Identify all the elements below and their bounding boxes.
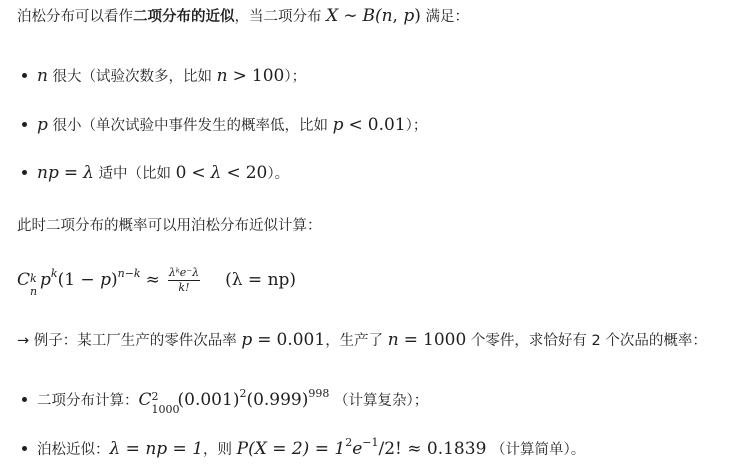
intro-middle: ，当二项分布	[235, 9, 327, 25]
math-p: p	[241, 330, 252, 350]
intro-math: X∼B(n, p)	[326, 6, 421, 26]
calc-item-binomial: 二项分布计算：C21000(0.001)2(0.999)998 （计算复杂）；	[17, 388, 428, 412]
calc-item-poisson: 泊松近似：λ = np = 1，则 P(X = 2) = 12e−1/2! ≈ …	[17, 437, 585, 461]
calc-math: P(X = 2) = 12e−1/2! ≈ 0.1839	[237, 439, 487, 459]
condition-text-end: ）；	[406, 118, 428, 134]
condition-item-p-small: p 很小（单次试验中事件发生的概率低，比如 p<0.01）；	[17, 113, 427, 137]
math-eq: =	[252, 330, 276, 350]
math-eq: =	[59, 163, 83, 183]
math-op: <	[344, 115, 368, 135]
poisson-formula: Cknpk(1 − p)n−k≈λᵏe⁻λk!(λ = np)	[17, 266, 296, 294]
condition-math-lead: np=λ	[37, 163, 94, 183]
math-cond: n	[217, 66, 228, 86]
math-e: e	[352, 439, 362, 459]
math-part3: /2! ≈ 0.1839	[378, 439, 486, 459]
math-sim: ∼	[338, 6, 362, 26]
math-C-supsub: kn	[30, 269, 40, 293]
condition-text-end: ）；	[284, 69, 306, 85]
fraction-denominator: k!	[178, 281, 189, 294]
math-cond: p	[333, 115, 344, 135]
math-C: C	[17, 270, 30, 290]
math-term1: (0.001)	[178, 390, 240, 410]
math-paren: (1 −	[58, 270, 101, 290]
math-p-sup: k	[51, 267, 58, 280]
intro-paragraph: 泊松分布可以看作二项分布的近似，当二项分布 X∼B(n, p) 满足：	[17, 4, 469, 28]
arrow-icon: →	[17, 333, 29, 349]
condition-item-n-large: n 很大（试验次数多，比如 n>100）；	[17, 64, 306, 88]
math-comma: ,	[393, 6, 404, 26]
math-op: >	[228, 66, 252, 86]
math-hi: 20	[246, 163, 268, 183]
intro-bold: 二项分布的近似	[133, 9, 235, 25]
math-lambda: λ	[83, 163, 94, 183]
condition-text: 很小（单次试验中事件发生的概率低，比如	[48, 118, 333, 134]
example-math-p: p=0.001	[241, 330, 325, 350]
math-var: n	[37, 66, 48, 86]
math-note: (λ = np)	[225, 270, 296, 290]
approx-intro: 此时二项分布的概率可以用泊松分布近似计算：	[17, 214, 322, 238]
calc-label: 泊松近似：	[37, 442, 110, 458]
condition-math: 0<λ<20	[176, 163, 268, 183]
condition-math: p<0.01	[333, 115, 406, 135]
math-nval: 1000	[423, 330, 466, 350]
math-n: n	[382, 6, 393, 26]
example-text3: 个零件，求恰好有 2 个次品的概率：	[466, 333, 707, 349]
example-math-n: n=1000	[388, 330, 466, 350]
math-p: p	[403, 6, 414, 26]
example-text2: ，生产了	[325, 333, 388, 349]
math-mid: λ	[211, 163, 222, 183]
math-C-sub: 1000	[152, 398, 180, 422]
math-var: p	[37, 115, 48, 135]
math-p: p	[40, 270, 51, 290]
math-eq: =	[399, 330, 423, 350]
math-part1: λ = np = 1	[110, 439, 204, 459]
condition-math: n>100	[217, 66, 285, 86]
math-part2: P(X = 2) = 1	[237, 439, 346, 459]
condition-text: 很大（试验次数多，比如	[48, 69, 217, 85]
math-close: )	[414, 6, 421, 26]
math-C: C	[139, 390, 152, 410]
math-n: n	[388, 330, 399, 350]
calc-text-mid: ，则	[203, 442, 237, 458]
math-op2: <	[221, 163, 245, 183]
bullet-icon	[22, 446, 27, 451]
math-paren-close: )	[111, 270, 118, 290]
math-B: B(	[362, 6, 381, 26]
math-term2-sup: 998	[308, 387, 329, 400]
calc-math: C21000(0.001)2(0.999)998	[139, 390, 330, 410]
math-lo: 0	[176, 163, 187, 183]
bullet-icon	[22, 122, 27, 127]
math-var: np	[37, 163, 59, 183]
bullet-icon	[22, 170, 27, 175]
calc-note: （计算复杂）；	[329, 393, 428, 409]
intro-suffix: 满足：	[421, 9, 469, 25]
example-paragraph: → 例子：某工厂生产的零件次品率 p=0.001，生产了 n=1000 个零件，…	[17, 328, 707, 352]
math-val: 0.01	[368, 115, 406, 135]
calc-label: 二项分布计算：	[37, 393, 139, 409]
math-C-supsub: 21000	[152, 389, 178, 413]
math-op1: <	[186, 163, 210, 183]
math-val: 100	[252, 66, 284, 86]
math-fraction: λᵏe⁻λk!	[168, 267, 200, 294]
math-p2: p	[100, 270, 111, 290]
math-X: X	[326, 6, 338, 26]
bullet-icon	[22, 397, 27, 402]
math-approx: ≈	[141, 270, 165, 290]
math-C-sub: n	[30, 278, 37, 306]
condition-text-end: ）。	[267, 166, 289, 182]
formula-math: Cknpk(1 − p)n−k≈λᵏe⁻λk!(λ = np)	[17, 270, 296, 290]
math-term2: (0.999)	[246, 390, 308, 410]
example-text1: 例子：某工厂生产的零件次品率	[29, 333, 241, 349]
calc-note: （计算简单）。	[486, 442, 585, 458]
math-sup1: 2	[345, 436, 352, 449]
condition-text: 适中（比如	[94, 166, 176, 182]
math-exp: n−k	[118, 267, 141, 280]
math-sup2: −1	[362, 436, 378, 449]
fraction-numerator: λᵏe⁻λ	[168, 267, 200, 281]
bullet-icon	[22, 73, 27, 78]
math-term1-sup: 2	[239, 387, 246, 400]
condition-item-lambda: np=λ 适中（比如 0<λ<20）。	[17, 161, 289, 185]
math-pval: 0.001	[277, 330, 326, 350]
intro-prefix: 泊松分布可以看作	[17, 9, 133, 25]
